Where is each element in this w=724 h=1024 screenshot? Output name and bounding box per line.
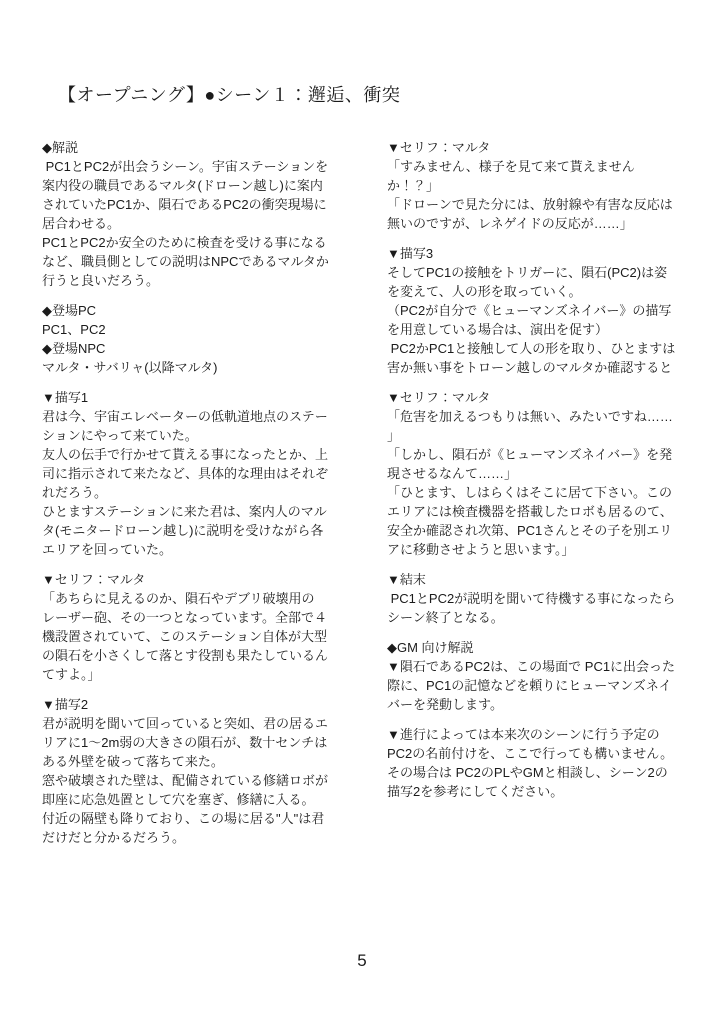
- section-gm-commentary: ◆GM 向け解説 ▼隕石であるPC2は、この場面で PC1に出会った 際に、PC…: [387, 638, 703, 714]
- left-column: ◆解説 PC1とPC2が出会うシーン。宇宙ステーションを 案内役の職員であるマル…: [42, 138, 358, 858]
- section-description-1: ▼描写1 君は今、宇宙エレベーターの低軌道地点のステー ションにやって来ていた。…: [42, 388, 358, 559]
- section-description-3: ▼描写3 そしてPC1の接触をトリガーに、隕石(PC2)は姿 を変えて、人の形を…: [387, 244, 703, 377]
- right-column: ▼セリフ：マルタ 「すみません、様子を見て来て貰えません か！？」 「ドローンで…: [387, 138, 703, 858]
- section-gm-note-progress: ▼進行によっては本来次のシーンに行う予定の PC2の名前付けを、ここで行っても構…: [387, 725, 703, 801]
- section-dialogue-marta-3: ▼セリフ：マルタ 「危害を加えるつもりは無い、みたいですね…… 」 「しかし、隕…: [387, 388, 703, 559]
- columns: ◆解説 PC1とPC2が出会うシーン。宇宙ステーションを 案内役の職員であるマル…: [42, 138, 703, 858]
- section-ending: ▼結末 PC1とPC2が説明を聞いて待機する事になったら シーン終了となる。: [387, 570, 703, 627]
- section-dialogue-marta-1: ▼セリフ：マルタ 「あちらに見えるのか、隕石やデブリ破壊用の レーザー砲、その一…: [42, 570, 358, 684]
- document-page: 【オープニング】●シーン１：邂逅、衝突 ◆解説 PC1とPC2が出会うシーン。宇…: [0, 0, 724, 1024]
- section-description-2: ▼描写2 君が説明を聞いて回っていると突如、君の居るエ リアに1〜2m弱の大きさ…: [42, 695, 358, 847]
- section-dialogue-marta-2: ▼セリフ：マルタ 「すみません、様子を見て来て貰えません か！？」 「ドローンで…: [387, 138, 703, 233]
- page-number: 5: [0, 950, 724, 972]
- section-cast: ◆登場PC PC1、PC2 ◆登場NPC マルタ・サバリャ(以降マルタ): [42, 301, 358, 377]
- section-commentary: ◆解説 PC1とPC2が出会うシーン。宇宙ステーションを 案内役の職員であるマル…: [42, 138, 358, 290]
- page-title: 【オープニング】●シーン１：邂逅、衝突: [58, 84, 400, 106]
